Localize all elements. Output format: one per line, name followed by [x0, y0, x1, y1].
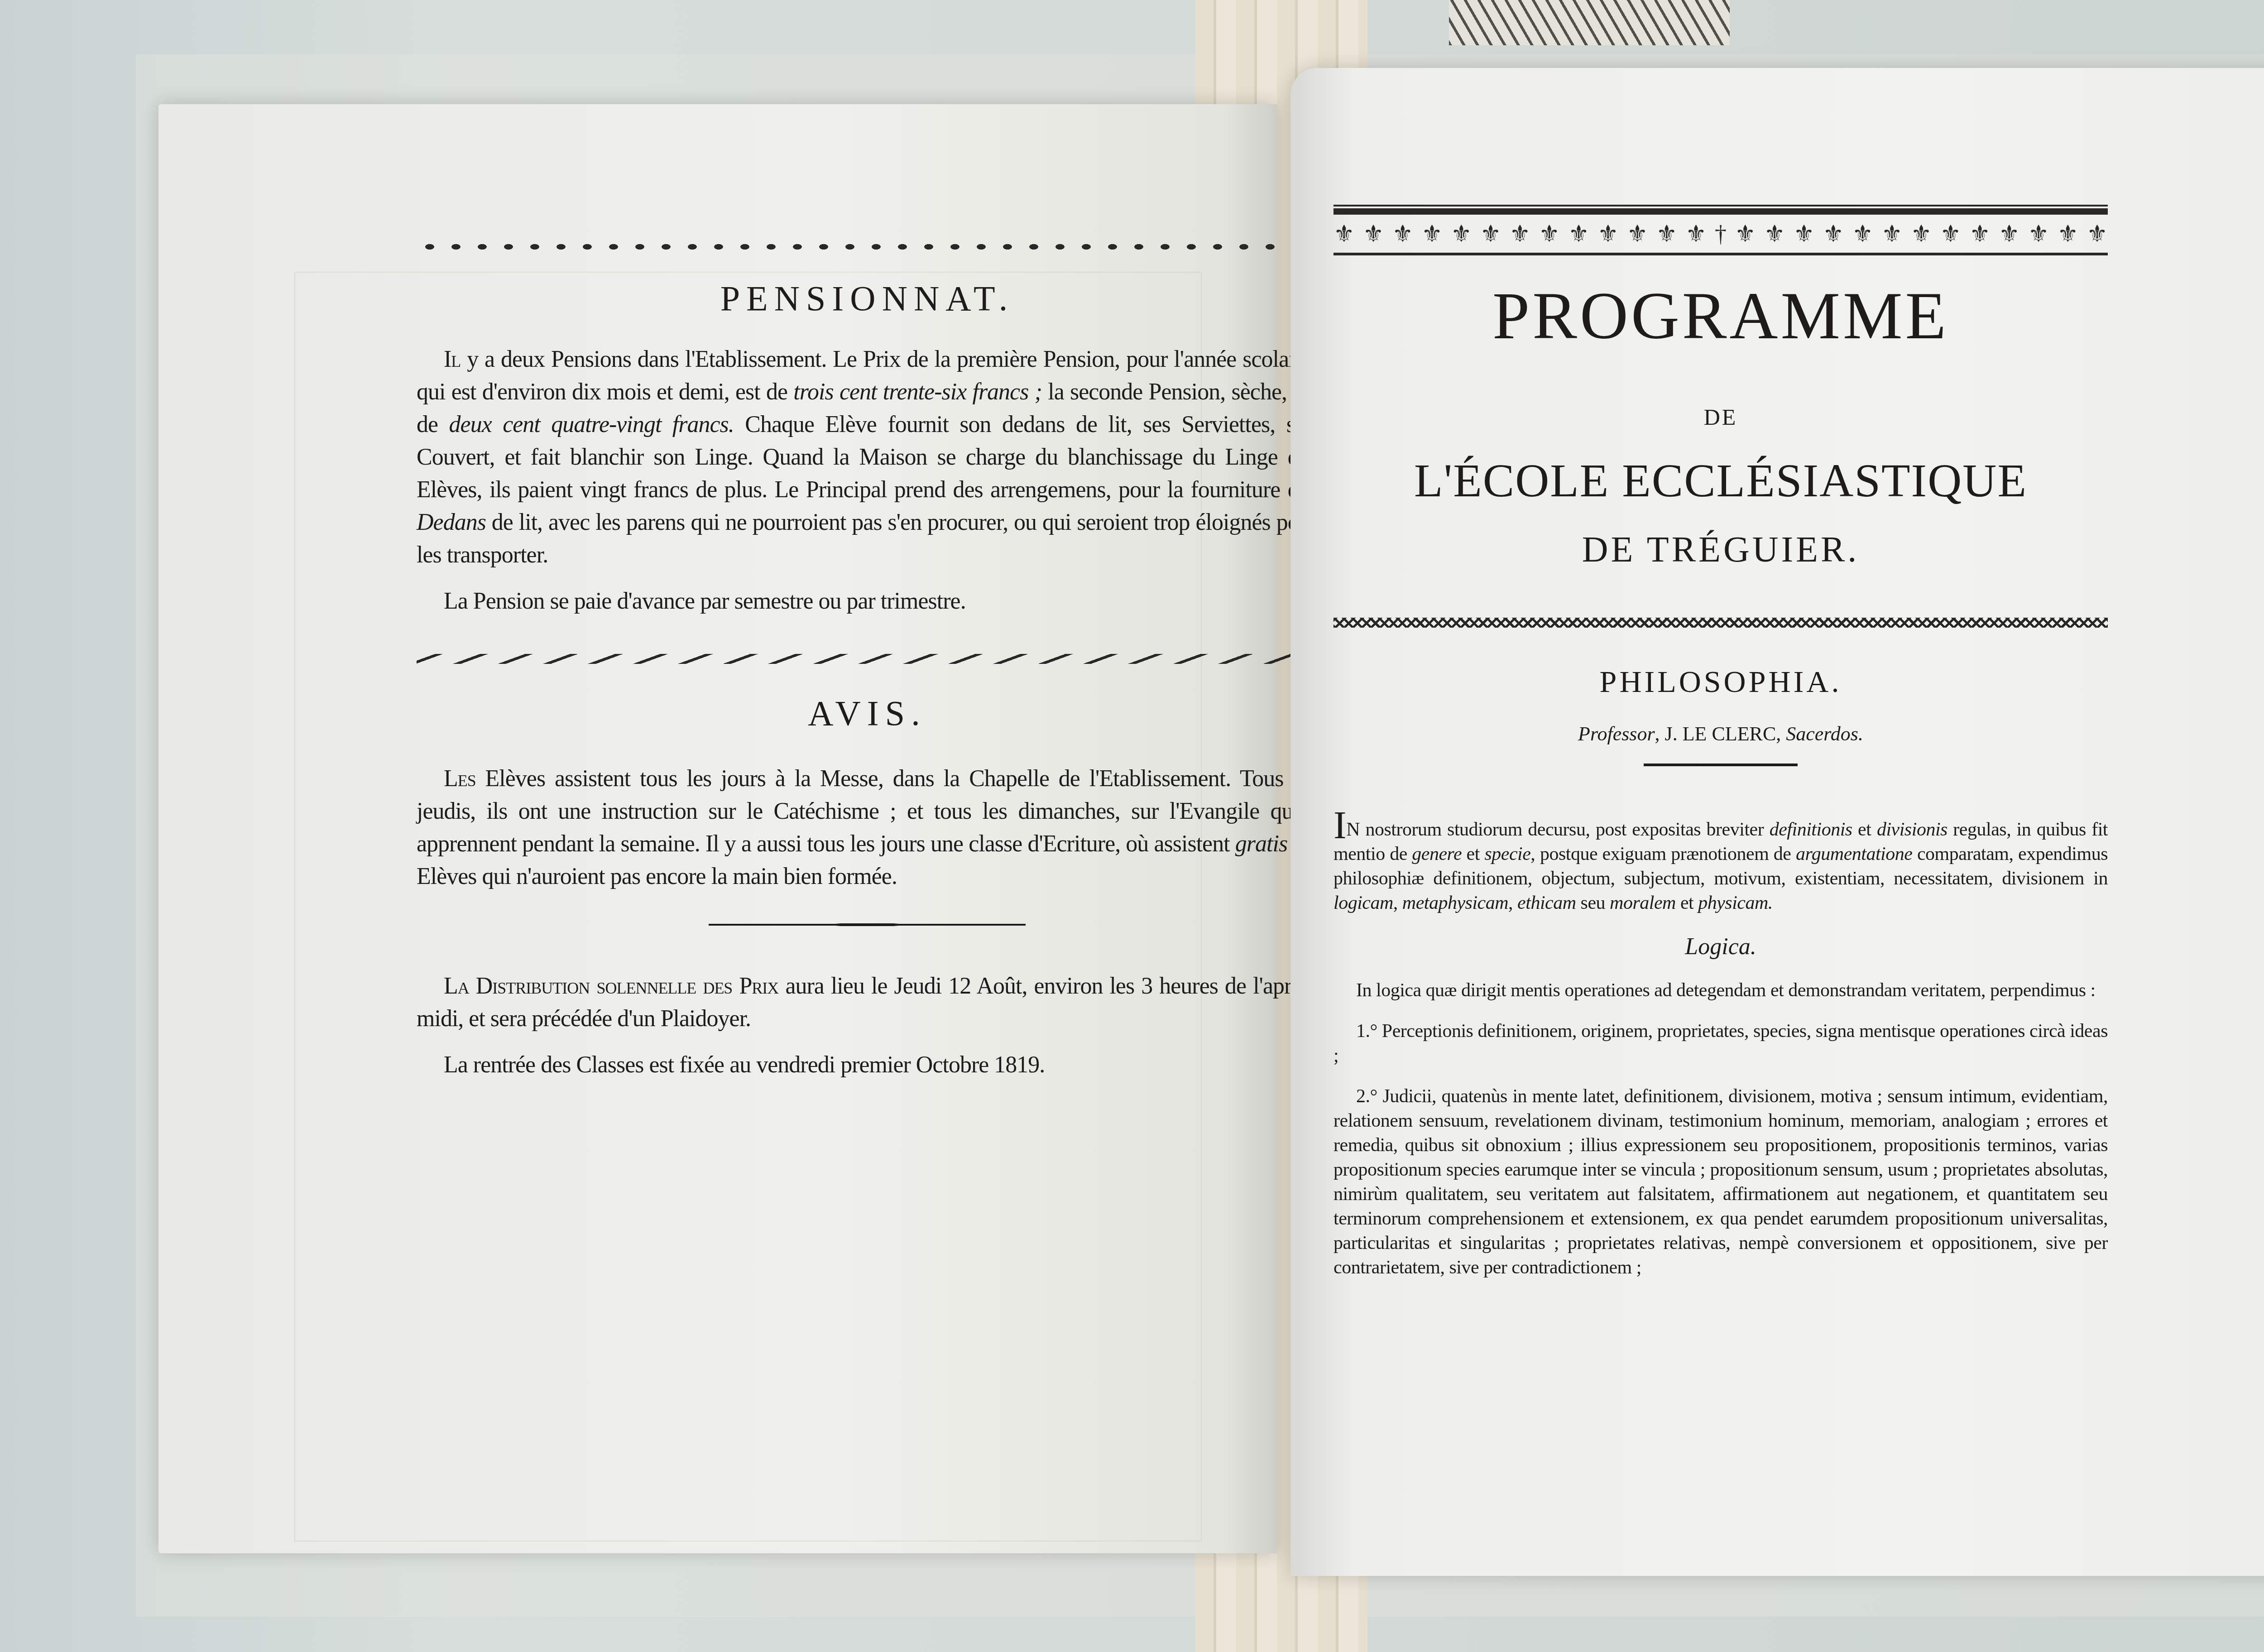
- italic-text: specie: [1484, 844, 1530, 864]
- pensionnat-paragraph-2: La Pension se paie d'avance par semestre…: [417, 585, 1318, 618]
- cross-icon: †: [1715, 221, 1727, 248]
- text-run: de lit, avec les parens qui ne pourroien…: [417, 509, 1318, 568]
- fleur-de-lis-icon: ⚜: [1911, 221, 1932, 248]
- fleur-de-lis-icon: ⚜: [1480, 221, 1501, 248]
- italic-text: trois cent trente-six francs ;: [793, 379, 1042, 405]
- text-run: seu: [1576, 893, 1610, 913]
- pensionnat-paragraph-1: Il y a deux Pensions dans l'Etablissemen…: [417, 343, 1318, 571]
- avis-paragraph: Les Elèves assistent tous les jours à la…: [417, 763, 1318, 893]
- fleur-de-lis-icon: ⚜: [2058, 221, 2079, 248]
- text-run: et: [1676, 893, 1698, 913]
- italic-text: deux cent quatre-vingt francs.: [449, 412, 734, 437]
- fleur-de-lis-icon: ⚜: [1539, 221, 1560, 248]
- italic-text: Dedans: [417, 509, 486, 535]
- lead-word: Les: [444, 766, 476, 792]
- drop-cap-rest: N: [1346, 819, 1360, 840]
- page-title: PROGRAMME: [1333, 283, 2108, 350]
- fleur-de-lis-icon: ⚜: [1333, 221, 1355, 248]
- fleur-de-lis-icon: ⚜: [1823, 221, 1844, 248]
- fleur-de-lis-icon: ⚜: [1940, 221, 1961, 248]
- fleur-de-lis-icon: ⚜: [1597, 221, 1619, 248]
- fleur-de-lis-icon: ⚜: [1764, 221, 1785, 248]
- text-run: Elèves assistent tous les jours à la Mes…: [417, 766, 1318, 857]
- drop-cap: I: [1333, 803, 1346, 847]
- right-page: ⚜⚜⚜⚜⚜⚜⚜⚜⚜⚜⚜⚜⚜†⚜⚜⚜⚜⚜⚜⚜⚜⚜⚜⚜⚜⚜ PROGRAMME DE…: [1290, 68, 2264, 1576]
- text-run: ,: [1508, 893, 1517, 913]
- left-text-column: PENSIONNAT. Il y a deux Pensions dans l'…: [417, 240, 1318, 1081]
- italic-text: ethicam: [1517, 893, 1576, 913]
- fleur-de-lis-ornament-band: ⚜⚜⚜⚜⚜⚜⚜⚜⚜⚜⚜⚜⚜†⚜⚜⚜⚜⚜⚜⚜⚜⚜⚜⚜⚜⚜: [1333, 208, 2108, 255]
- italic-text: physicam.: [1698, 893, 1773, 913]
- fleur-de-lis-icon: ⚜: [1735, 221, 1756, 248]
- fleur-de-lis-icon: ⚜: [1656, 221, 1677, 248]
- italic-text: metaphysicam: [1402, 893, 1508, 913]
- text-run: ,: [1393, 893, 1402, 913]
- swell-rule-divider: [709, 920, 1026, 929]
- pensionnat-heading: PENSIONNAT.: [417, 281, 1318, 316]
- school-name: L'ÉCOLE ECCLÉSIASTIQUE: [1333, 457, 2108, 504]
- italic-text: genere: [1412, 844, 1462, 864]
- section-heading: PHILOSOPHIA.: [1333, 664, 2108, 700]
- fleur-de-lis-icon: ⚜: [1969, 221, 1991, 248]
- subsection-heading: Logica.: [1333, 933, 2108, 960]
- italic-text: logicam: [1333, 893, 1393, 913]
- fleur-de-lis-icon: ⚜: [1363, 221, 1384, 248]
- text-run: nostrorum studiorum decursu, post exposi…: [1360, 819, 1770, 840]
- fleur-de-lis-icon: ⚜: [1881, 221, 1903, 248]
- distribution-paragraph: La Distribution solennelle des Prix aura…: [417, 970, 1318, 1035]
- italic-text: gratis: [1235, 831, 1287, 857]
- avis-heading: AVIS.: [417, 696, 1318, 731]
- fleur-de-lis-icon: ⚜: [1852, 221, 1873, 248]
- list-item: 2.° Judicii, quatenùs in mente latet, de…: [1333, 1084, 2108, 1280]
- engraving-fragment: [1449, 0, 1730, 45]
- fleur-de-lis-icon: ⚜: [1794, 221, 1815, 248]
- braid-ornament-divider: [1333, 618, 2108, 628]
- text-run: La Pension se paie d'avance par semestre…: [444, 588, 966, 614]
- fleur-de-lis-icon: ⚜: [1392, 221, 1414, 248]
- list-item: 1.° Perceptionis definitionem, originem,…: [1333, 1019, 2108, 1068]
- text-run: , postque exiguam prænotionem de: [1530, 844, 1796, 864]
- fleur-de-lis-icon: ⚜: [1568, 221, 1589, 248]
- fleur-de-lis-icon: ⚜: [2028, 221, 2049, 248]
- italic-text: moralem: [1610, 893, 1676, 913]
- text-run: et: [1852, 819, 1877, 840]
- logica-intro: In logica quæ dirigit mentis operationes…: [1333, 978, 2108, 1003]
- right-text-column: ⚜⚜⚜⚜⚜⚜⚜⚜⚜⚜⚜⚜⚜†⚜⚜⚜⚜⚜⚜⚜⚜⚜⚜⚜⚜⚜ PROGRAMME DE…: [1333, 208, 2108, 1280]
- wave-ornament-divider: [417, 240, 1318, 254]
- title-connector: DE: [1333, 404, 2108, 430]
- wave-ornament-divider: [417, 654, 1318, 664]
- text-run: et: [1462, 844, 1484, 864]
- short-rule-divider: [1644, 764, 1798, 766]
- professor-name: J. LE CLERC: [1665, 723, 1776, 745]
- fleur-de-lis-icon: ⚜: [1421, 221, 1443, 248]
- italic-text: argumentatione: [1796, 844, 1912, 864]
- distribution-lead: La Distribution solennelle des Prix: [444, 973, 778, 999]
- professor-title: Sacerdos.: [1786, 723, 1863, 745]
- fleur-de-lis-icon: ⚜: [1685, 221, 1707, 248]
- left-page: PENSIONNAT. Il y a deux Pensions dans l'…: [158, 104, 1277, 1553]
- italic-text: divisionis: [1877, 819, 1947, 840]
- school-place: DE TRÉGUIER.: [1333, 532, 2108, 568]
- rentree-paragraph: La rentrée des Classes est fixée au vend…: [417, 1049, 1318, 1081]
- professor-role: Professor: [1578, 723, 1655, 745]
- fleur-de-lis-icon-row: ⚜⚜⚜⚜⚜⚜⚜⚜⚜⚜⚜⚜⚜†⚜⚜⚜⚜⚜⚜⚜⚜⚜⚜⚜⚜⚜: [1333, 221, 2108, 248]
- intro-paragraph: IN nostrorum studiorum decursu, post exp…: [1333, 816, 2108, 915]
- lead-word: Il: [444, 346, 460, 372]
- fleur-de-lis-icon: ⚜: [1451, 221, 1472, 248]
- professor-line: Professor, J. LE CLERC, Sacerdos.: [1333, 722, 2108, 745]
- fleur-de-lis-icon: ⚜: [1999, 221, 2020, 248]
- fleur-de-lis-icon: ⚜: [2087, 221, 2108, 248]
- fleur-de-lis-icon: ⚜: [1510, 221, 1531, 248]
- italic-text: definitionis: [1770, 819, 1852, 840]
- fleur-de-lis-icon: ⚜: [1627, 221, 1648, 248]
